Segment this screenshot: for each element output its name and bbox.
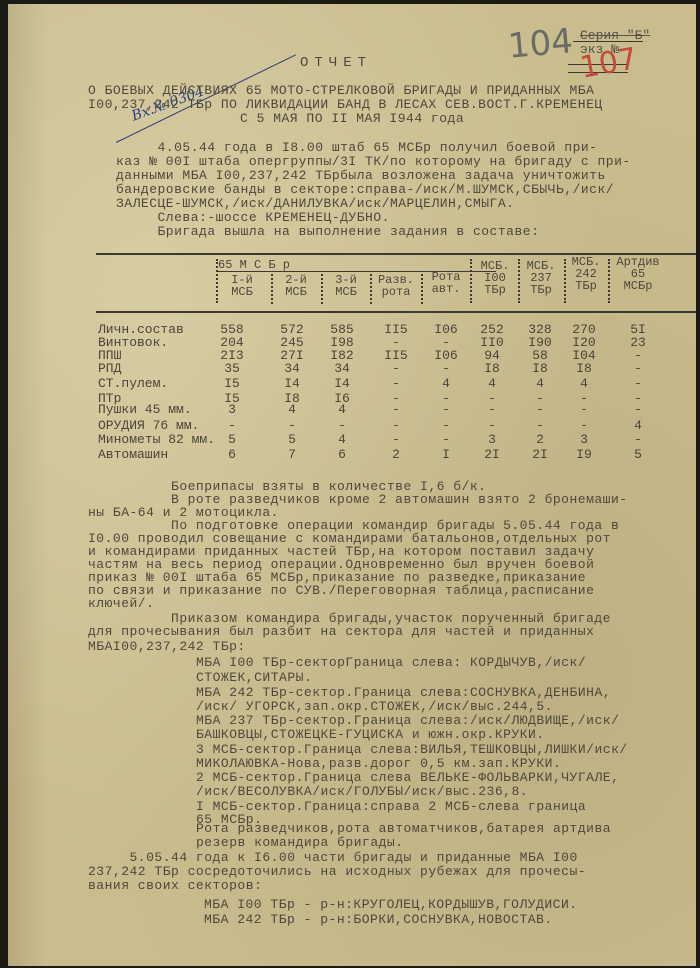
table-row: ОРУДИЯ 76 мм. - - - - - - - - 4 — [98, 418, 698, 431]
page-title: ОТЧЕТ — [300, 56, 372, 70]
column-divider — [271, 274, 275, 304]
cell: - — [376, 361, 416, 376]
cell: - — [376, 376, 416, 391]
cell: - — [520, 402, 560, 417]
body-line: для прочесывания был разбит на сектора д… — [88, 625, 594, 639]
body-line: МБАI00,237,242 ТБр: — [88, 640, 246, 654]
body-line: 5.05.44 года к I6.00 части бригады и при… — [88, 851, 578, 865]
cell: - — [376, 432, 416, 447]
col-header-1: I-йМСБ — [222, 274, 262, 298]
sector-line: 2 МСБ-сектор.Граница слева ВЕЛЬКЕ-ФОЛЬВА… — [196, 771, 619, 785]
cell: 4 — [272, 402, 312, 417]
cell: 34 — [272, 361, 312, 376]
sector-line: МБА 237 ТБр-сектор.Граница слева:/иск/ЛЮ… — [196, 714, 619, 728]
cell: 2 — [376, 447, 416, 462]
cell: 4 — [564, 376, 604, 391]
sector-line: МИКОЛАЮВКА-Нова,разв.дорог 0,5 км.зап.КР… — [196, 757, 561, 771]
cell: 4 — [618, 418, 658, 433]
row-label: СТ.пулем. — [98, 376, 168, 391]
cell: 35 — [212, 361, 252, 376]
cell: 4 — [426, 376, 466, 391]
table-row: Минометы 82 мм. 5 5 4 - - 3 2 3 - — [98, 432, 698, 445]
intro-line: каз № 00I штаба опергруппы/3I ТК/по кото… — [116, 155, 631, 169]
cell: - — [322, 418, 362, 433]
cell: 4 — [322, 402, 362, 417]
cell: I8 — [520, 361, 560, 376]
subtitle-line-3: С 5 МАЯ ПО II МАЯ I944 года — [240, 112, 464, 126]
cell: I8 — [564, 361, 604, 376]
cell: 3 — [472, 432, 512, 447]
cell: - — [272, 418, 312, 433]
sector-line: /иск/ВЕСОЛУВКА/иск/ГОЛУБЫ/иск/выс.236,8. — [196, 785, 528, 799]
cell: - — [426, 432, 466, 447]
intro-line: данными МБА I00,237,242 ТБрбыла возложен… — [116, 169, 606, 183]
pencil-page-number: 104 — [506, 21, 574, 67]
cell: 4 — [520, 376, 560, 391]
cell: 4 — [322, 432, 362, 447]
col-header-9: Артдив65МСБр — [608, 256, 668, 292]
table-top-rule — [96, 253, 696, 255]
table-row: Автомашин 6 7 6 2 I 2I 2I I9 5 — [98, 447, 698, 460]
body-line: ключей/. — [88, 597, 154, 611]
cell: 2I — [520, 447, 560, 462]
cell: 6 — [322, 447, 362, 462]
cell: I8 — [472, 361, 512, 376]
table-header-rule — [96, 311, 696, 313]
column-divider — [216, 259, 220, 303]
cell: I9 — [564, 447, 604, 462]
intro-line: ЗАЛЕСЦЕ-ШУМСК,/иск/ДАНИЛУВКА/иск/МАРЦЕЛИ… — [116, 197, 514, 211]
cell: - — [618, 402, 658, 417]
sector-line: Рота разведчиков,рота автоматчиков,батар… — [196, 822, 611, 836]
cell: 4 — [472, 376, 512, 391]
subtitle-line-2: I00,237,242 ТБр ПО ЛИКВИДАЦИИ БАНД В ЛЕС… — [88, 98, 603, 112]
cell: I4 — [272, 376, 312, 391]
cell: - — [618, 361, 658, 376]
table-row: РПД 35 34 34 - - I8 I8 I8 - — [98, 361, 698, 374]
col-header-4: Разв.рота — [374, 274, 418, 298]
cell: 7 — [272, 447, 312, 462]
table-row: Винтовок. 204 245 I98 - - II0 I90 I20 23 — [98, 335, 698, 348]
sector-line: БАШКОВЦЫ,СТОЖЕЦКЕ-ГУЦИСКА и южн.окр.КРУК… — [196, 728, 545, 742]
cell: 5 — [212, 432, 252, 447]
col-header-2: 2-йМСБ — [276, 274, 316, 298]
intro-line: Бригада вышла на выполнение задания в со… — [116, 225, 539, 239]
cell: I5 — [212, 376, 252, 391]
cell: - — [376, 418, 416, 433]
cell: - — [564, 402, 604, 417]
cell: I4 — [322, 376, 362, 391]
cell: - — [212, 418, 252, 433]
cell: - — [472, 418, 512, 433]
intro-line: Слева:-шоссе КРЕМЕНЕЦ-ДУБНО. — [116, 211, 390, 225]
sector-line: СТОЖЕК,СИТАРЫ. — [196, 671, 312, 685]
table-row: СТ.пулем. I5 I4 I4 - 4 4 4 4 - — [98, 376, 698, 389]
row-label: РПД — [98, 361, 121, 376]
position-line: МБА 242 ТБр - р-н:БОРКИ,СОСНУВКА,НОВОСТА… — [204, 913, 553, 927]
body-line: вания своих секторов: — [88, 879, 262, 893]
cell: - — [426, 418, 466, 433]
document-page: 104 Серия "Б" экз.№ 107 Вх.№ 0304 ОТЧЕТ … — [8, 4, 696, 966]
cell: 2 — [520, 432, 560, 447]
row-label: Минометы 82 мм. — [98, 432, 215, 447]
intro-line: 4.05.44 года в I8.00 штаб 65 МСБр получи… — [116, 141, 597, 155]
cell: 34 — [322, 361, 362, 376]
cell: 3 — [212, 402, 252, 417]
intro-line: бандеровские банды в секторе:справа-/иск… — [116, 183, 614, 197]
cell: 3 — [564, 432, 604, 447]
col-header-3: 3-йМСБ — [326, 274, 366, 298]
cell: I — [426, 447, 466, 462]
sector-line: 3 МСБ-сектор.Граница слева:ВИЛЬЯ,ТЕШКОВЦ… — [196, 743, 628, 757]
subtitle-line-1: О БОЕВЫХ ДЕЙСТВИЯХ 65 МОТО-СТРЕЛКОВОЙ БР… — [88, 84, 594, 98]
sector-line: МБА I00 ТБр-секторГраница слева: КОРДЫЧУ… — [196, 656, 586, 670]
col-header-6: МСБ.I00ТБр — [474, 260, 516, 296]
cell: 2I — [472, 447, 512, 462]
cell: - — [520, 418, 560, 433]
sector-line: МБА 242 ТБр-сектор.Граница слева:СОСНУВК… — [196, 686, 611, 700]
cell: - — [376, 402, 416, 417]
cell: - — [426, 361, 466, 376]
cell: - — [618, 376, 658, 391]
table-row: ППШ 2I3 27I I82 II5 I06 94 58 I04 - — [98, 348, 698, 361]
row-label: Пушки 45 мм. — [98, 402, 192, 417]
table-row: Пушки 45 мм. 3 4 4 - - - - - - — [98, 402, 698, 415]
col-header-5: Ротаавт. — [424, 271, 468, 295]
cell: 5 — [272, 432, 312, 447]
cell: - — [472, 402, 512, 417]
cell: 5 — [618, 447, 658, 462]
row-label: ОРУДИЯ 76 мм. — [98, 418, 199, 433]
cell: - — [564, 418, 604, 433]
sector-line: резерв командира бригады. — [196, 836, 404, 850]
row-label: Автомашин — [98, 447, 168, 462]
group-header: 65 М С Б р — [218, 259, 290, 271]
col-header-8: МСБ.242ТБр — [564, 256, 608, 292]
sector-line: /иск/ УГОРСК,зап.окр.СТОЖЕК,/иск/выс.244… — [196, 700, 553, 714]
position-line: МБА I00 ТБр - р-н:КРУГОЛЕЦ,КОРДЫШУВ,ГОЛУ… — [204, 898, 578, 912]
col-header-7: МСБ.237ТБр — [520, 260, 562, 296]
body-line: по связи и приказание по СУВ./Переговорн… — [88, 584, 594, 598]
cell: - — [618, 432, 658, 447]
cell: 6 — [212, 447, 252, 462]
cell: - — [426, 402, 466, 417]
body-line: 237,242 ТБр сосредоточились на исходных … — [88, 865, 586, 879]
table-row: Личн.состав 558 572 585 II5 I06 252 328 … — [98, 322, 698, 335]
column-divider — [321, 274, 325, 304]
